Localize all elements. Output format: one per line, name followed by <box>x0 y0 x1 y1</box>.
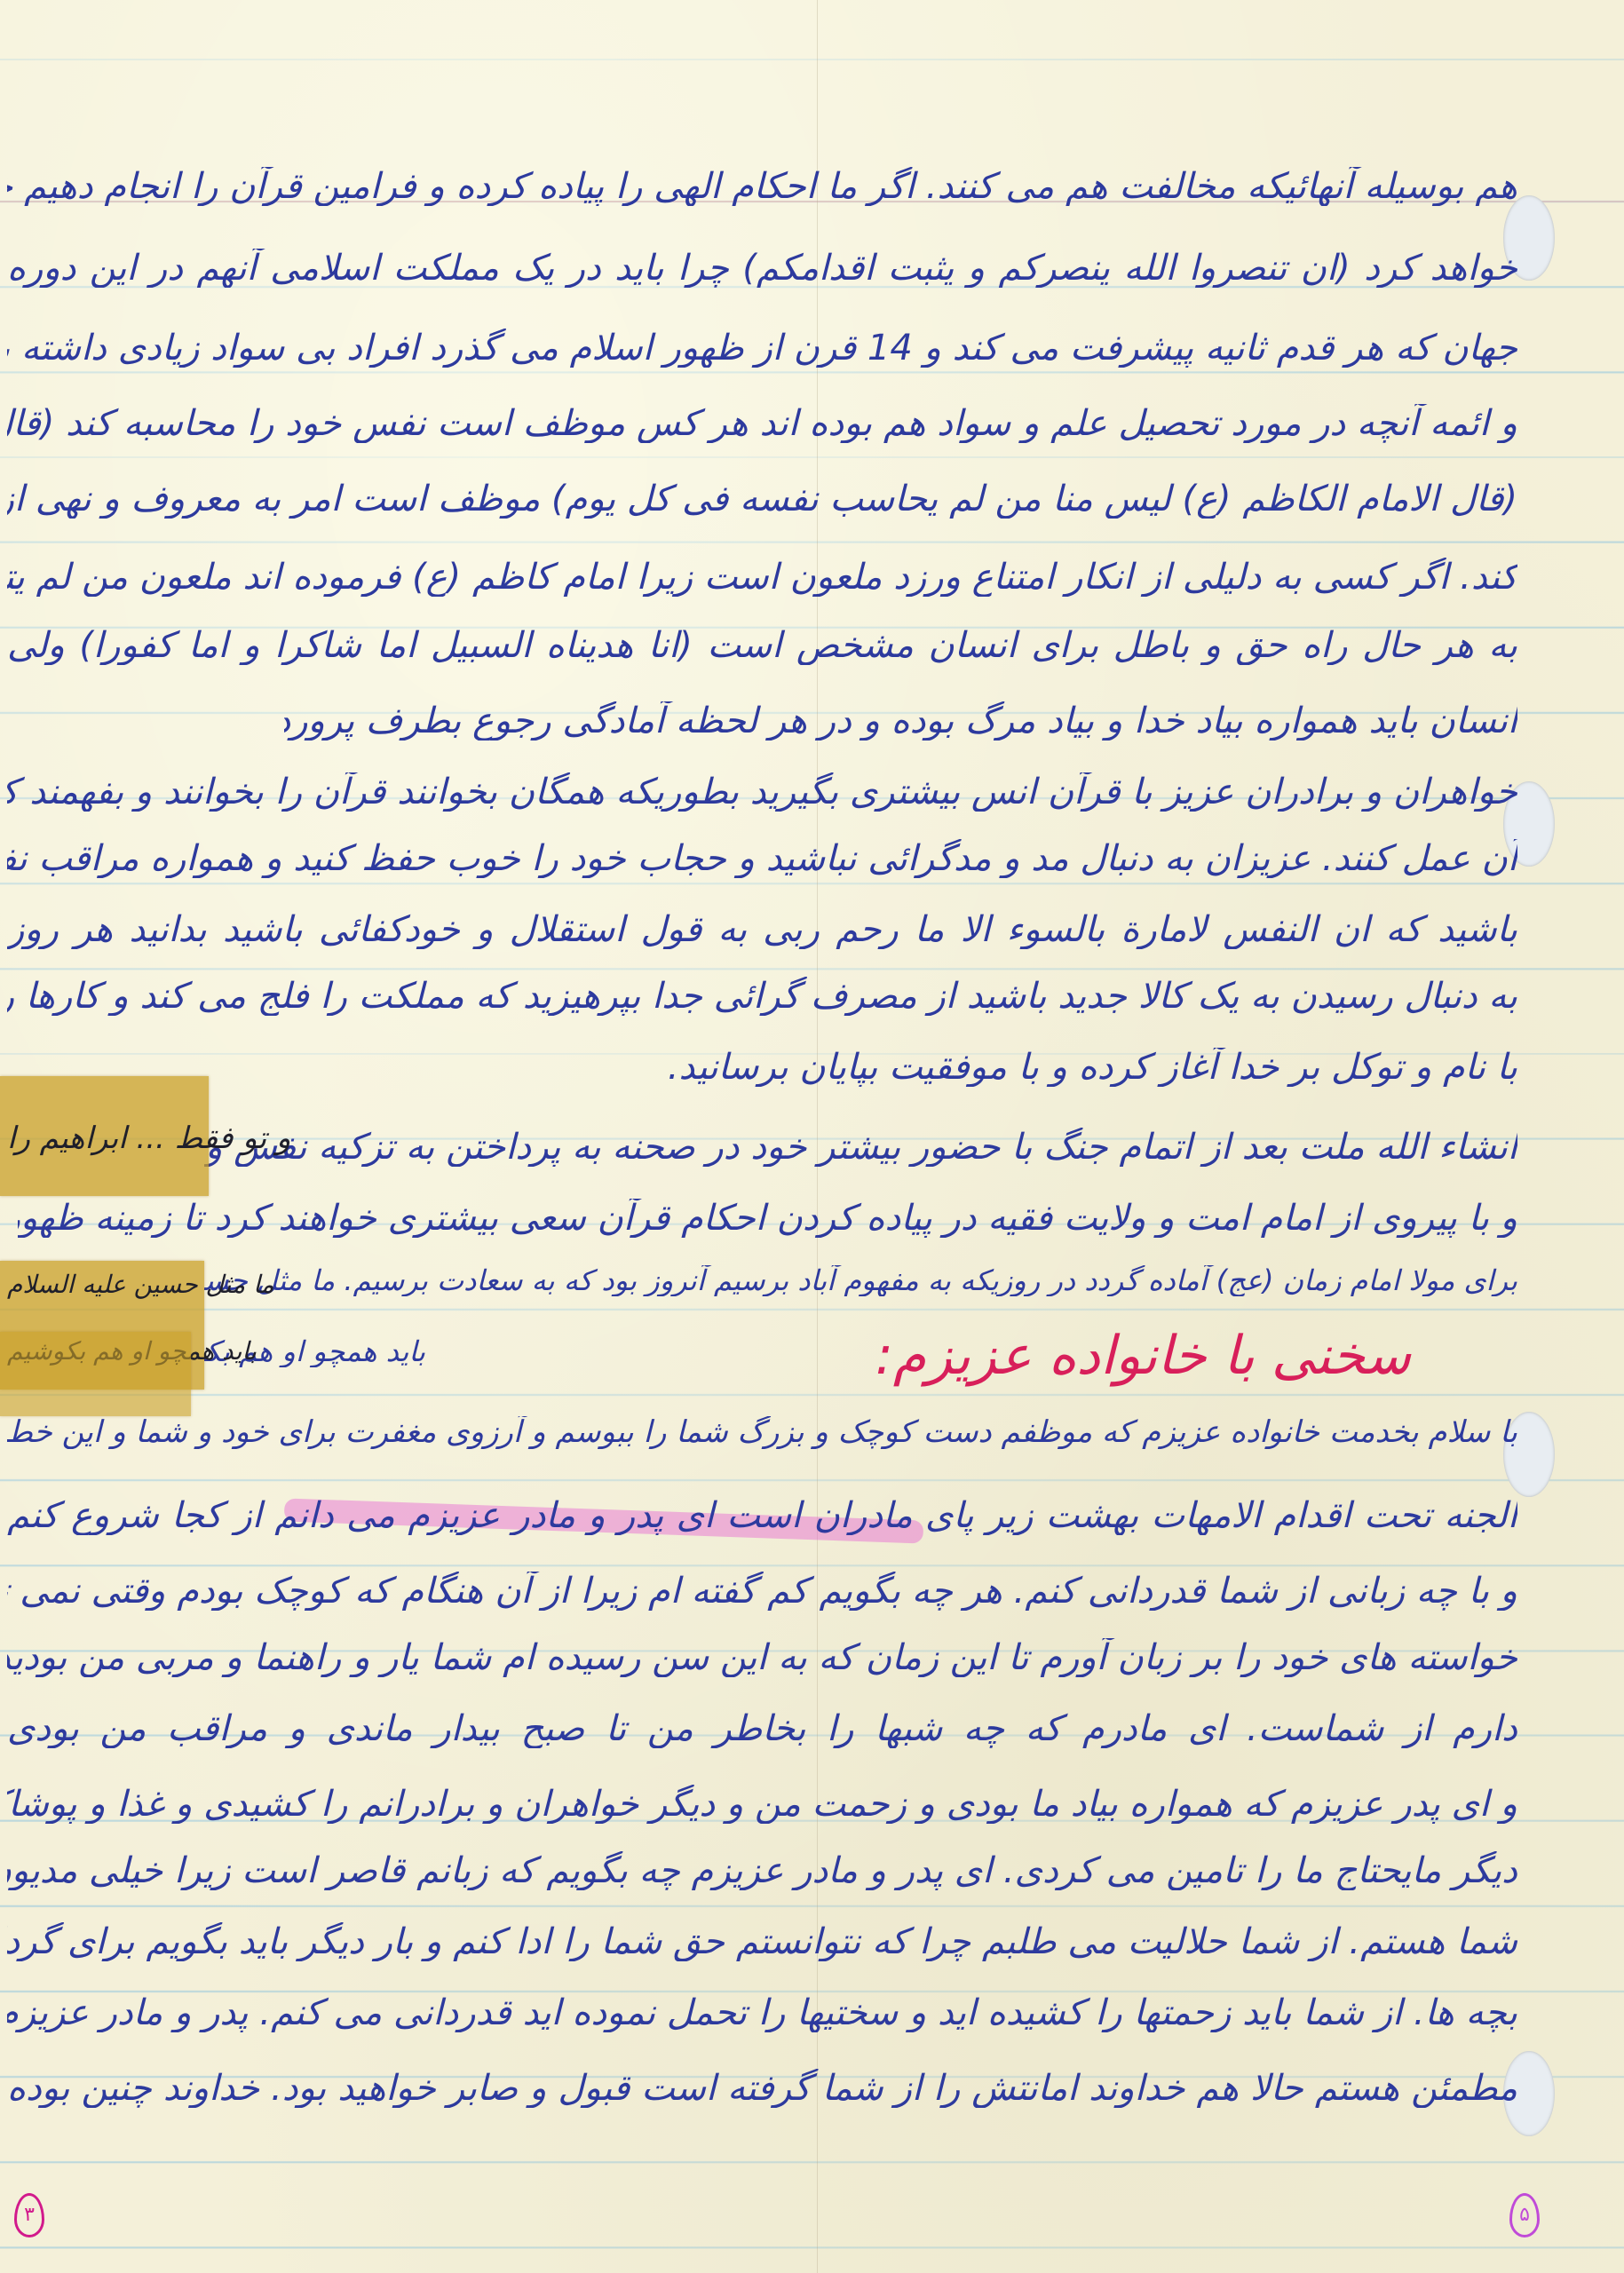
family-text-line: دیگر مایحتاج ما را تامین می کردی. ای پدر… <box>7 1851 1517 1890</box>
text-line: کند. اگر کسی به دلیلی از انکار امتناع ور… <box>7 558 1517 597</box>
text-line: با نام و توکل بر خدا آغاز کرده و با موفق… <box>551 1048 1517 1087</box>
family-text-line: شما هستم. از شما حلالیت می طلبم چرا که ن… <box>7 1922 1517 1961</box>
family-text-line: مطمئن هستم حالا هم خداوند امانتش را از ش… <box>7 2069 1517 2108</box>
text-line: و ائمه آنچه در مورد تحصیل علم و سواد هم … <box>7 404 1517 443</box>
text-line: خواهران و برادران عزیز با قرآن انس بیشتر… <box>7 772 1517 812</box>
letter-page: هم بوسیله آنهائیکه مخالفت هم می کنند. اگ… <box>0 0 1624 2273</box>
text-line: خواهد کرد (ان تنصروا الله ینصرکم و یثبت … <box>7 249 1517 288</box>
text-line: به دنبال رسیدن به یک کالا جدید باشید از … <box>7 977 1517 1016</box>
family-text-line: و با چه زبانی از شما قدردانی کنم. هر چه … <box>7 1572 1517 1611</box>
page-number-right: ۵ <box>1509 2193 1540 2237</box>
text-line: و با پیروی از امام امت و ولایت فقیه در پ… <box>18 1199 1517 1238</box>
tape-patch: و تو فقط ... ابراهیم را <box>0 1076 209 1196</box>
text-line: برای مولا امام زمان (عج) آماده گردد در ر… <box>204 1265 1517 1296</box>
family-text-line: خواسته های خود را بر زبان آورم تا این زم… <box>7 1638 1517 1677</box>
text-line: آن عمل کنند. عزیزان به دنبال مد و مدگرائ… <box>7 839 1517 878</box>
page-number-left: ۳ <box>14 2193 44 2237</box>
text-line: باشید که ان النفس لامارة بالسوء الا ما ر… <box>7 910 1517 949</box>
text-line: به هر حال راه حق و باطل برای انسان مشخص … <box>7 626 1517 665</box>
tape-patch <box>0 1332 191 1416</box>
text-line: (قال الامام الکاظم (ع) لیس منا من لم یحا… <box>7 479 1517 519</box>
text-line: انسان باید همواره بیاد خدا و بیاد مرگ بو… <box>284 701 1517 741</box>
text-line: هم بوسیله آنهائیکه مخالفت هم می کنند. اگ… <box>7 167 1517 206</box>
tape-note: و تو فقط ... ابراهیم را <box>7 1121 290 1156</box>
family-text-line: و ای پدر عزیزم که همواره بیاد ما بودی و … <box>7 1785 1517 1824</box>
family-text-line: بچه ها. از شما باید زحمتها را کشیده اید … <box>7 1993 1517 2032</box>
section-heading: سخنی با خانواده عزیزم: <box>875 1325 1411 1387</box>
family-text-line: با سلام بخدمت خانواده عزیزم که موظفم دست… <box>7 1416 1517 1449</box>
family-text-line: الجنه تحت اقدام الامهات بهشت زیر پای ماد… <box>7 1496 1517 1535</box>
tape-note: ما مثل حسین علیه السلام <box>7 1270 274 1299</box>
text-line: جهان که هر قدم ثانیه پیشرفت می کند و 14 … <box>7 329 1517 368</box>
text-line: انشاء الله ملت بعد از اتمام جنگ با حضور … <box>204 1128 1517 1167</box>
family-text-line: دارم از شماست. ای مادرم که چه شبها را بخ… <box>7 1709 1517 1748</box>
